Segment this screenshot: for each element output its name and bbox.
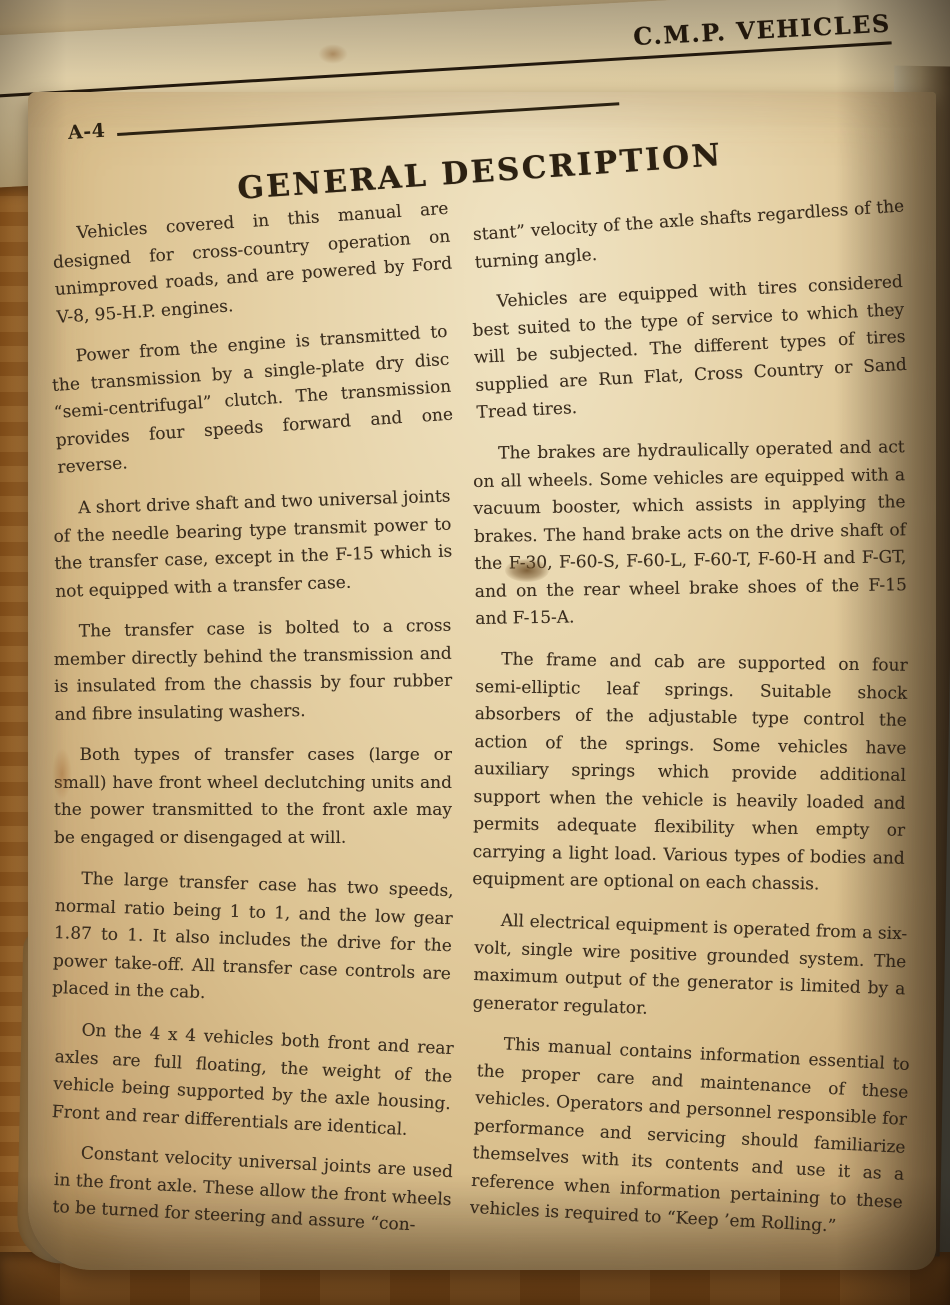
paragraph-this-manual: This manual contains information essenti… (469, 1030, 910, 1244)
paragraph-short-drive-shaft: A short drive shaft and two universal jo… (52, 483, 453, 606)
paragraph-large-transfer-case: The large transfer case has two speeds, … (52, 865, 454, 1016)
right-column: stant” velocity of the axle shafts regar… (474, 210, 906, 1236)
paragraph-electrical-equipment: All electrical equipment is operated fro… (472, 907, 907, 1031)
paragraph-4x4-axles: On the 4 x 4 vehicles both front and rea… (51, 1016, 454, 1146)
page-number: A-4 (67, 120, 106, 144)
paragraph-constant-velocity: Constant velocity universal joints are u… (52, 1139, 454, 1242)
paragraph-frame-and-cab: The frame and cab are supported on four … (472, 646, 908, 901)
running-header-rule (0, 41, 892, 98)
left-column: Vehicles covered in this manual are desi… (54, 210, 452, 1236)
paragraph-tires: Vehicles are equipped with tires conside… (471, 269, 909, 428)
paper-stain (52, 748, 72, 800)
paragraph-power-from-engine: Power from the engine is transmitted to … (49, 319, 455, 483)
paragraph-both-transfer-cases: Both types of transfer cases (large or s… (54, 742, 452, 852)
two-column-layout: Vehicles covered in this manual are desi… (54, 210, 906, 1236)
paragraph-vehicles-covered: Vehicles covered in this manual are desi… (50, 196, 454, 332)
paragraph-brakes: The brakes are hydraulically operated an… (472, 434, 907, 633)
page-label-rule (117, 102, 619, 136)
book-photo: C.M.P. VEHICLES A-4 GENERAL DESCRIPTION … (0, 0, 950, 1305)
manual-page: A-4 GENERAL DESCRIPTION Vehicles covered… (28, 92, 936, 1270)
ink-smudge (505, 559, 549, 582)
paragraph-transfer-case-bolted: The transfer case is bolted to a cross m… (53, 613, 453, 729)
paragraph-stant-velocity-continuation: stant” velocity of the axle shafts regar… (472, 193, 907, 277)
paper-stain (318, 44, 348, 64)
